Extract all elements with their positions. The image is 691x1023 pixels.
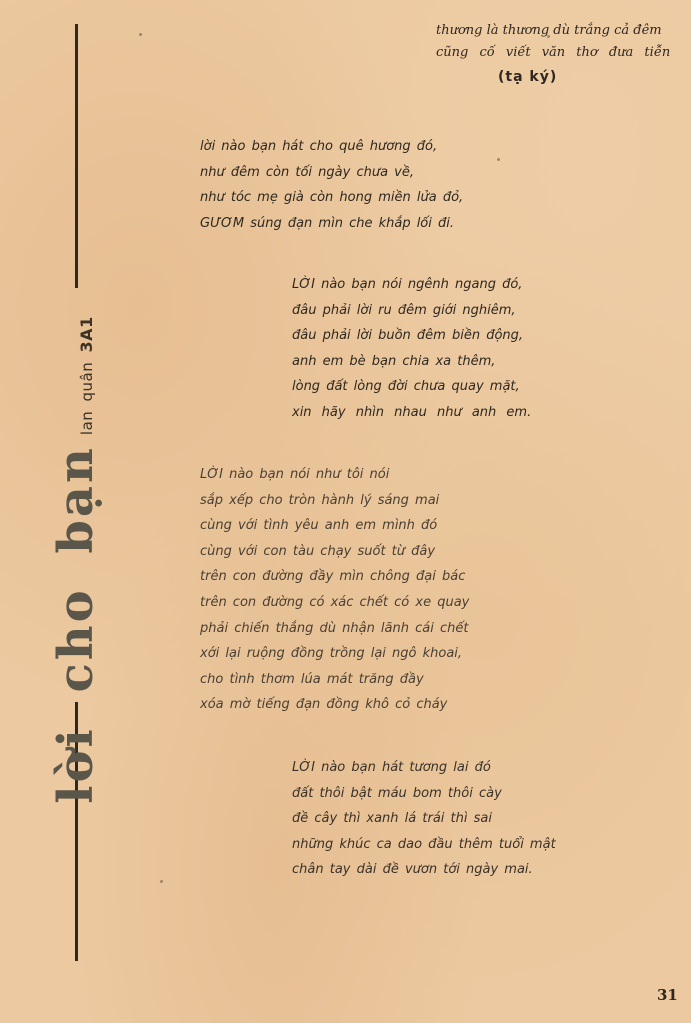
poem-line: cho tình thơm lúa mát trăng đầy xyxy=(200,667,469,693)
paper-speck xyxy=(497,158,500,161)
poem-author: lan quân 3A1 xyxy=(77,316,96,435)
poem-line: như đêm còn tối ngày chưa về, xyxy=(200,160,463,186)
poem-line: đâu phải lời buồn đêm biền động, xyxy=(292,323,531,349)
epigraph-line: thương là thương dù trắng cả đêm xyxy=(436,20,670,42)
poem-line: những khúc ca dao đầu thêm tuổi mật xyxy=(292,832,556,858)
paper-speck xyxy=(139,33,142,36)
poem-line: GƯƠM súng đạn mìn che khắp lối đi. xyxy=(200,211,463,237)
vertical-rule-top xyxy=(75,24,78,288)
poem-title-block: lời cho bạn lan quân 3A1 xyxy=(48,316,104,803)
epigraph: thương là thương dù trắng cả đêm cũng cố… xyxy=(436,20,670,88)
stanza-2: LỜI nào bạn nói ngênh ngang đó, đâu phải… xyxy=(292,272,531,426)
poem-line: sắp xếp cho tròn hành lý sáng mai xyxy=(200,488,469,514)
poem-line: đâu phải lời ru đêm giới nghiêm, xyxy=(292,298,531,324)
poem-line: xóa mờ tiếng đạn đồng khô cỏ cháy xyxy=(200,692,469,718)
stanza-4: LỜI nào bạn hát tương lai đó đất thôi bậ… xyxy=(292,755,556,883)
poem-line: LỜI nào bạn nói như tôi nói xyxy=(200,462,469,488)
poem-line: trên con đường có xác chết có xe quay xyxy=(200,590,469,616)
poem-line: xới lại ruộng đồng trồng lại ngô khoai, xyxy=(200,641,469,667)
poem-line: trên con đường đầy mìn chông đại bác xyxy=(200,564,469,590)
poem-line: chân tay dài đề vươn tới ngày mai. xyxy=(292,857,556,883)
poem-title: lời cho bạn xyxy=(48,445,104,804)
poem-line: anh em bè bạn chia xa thêm, xyxy=(292,349,531,375)
poem-line: xin hãy nhìn nhau như anh em. xyxy=(292,400,531,426)
poem-line: đất thôi bật máu bom thôi cày xyxy=(292,781,556,807)
poem-line: LỜI nào bạn hát tương lai đó xyxy=(292,755,556,781)
poem-line: phải chiến thắng dù nhận lãnh cái chết xyxy=(200,616,469,642)
epigraph-signature: (tạ ký) xyxy=(436,66,670,88)
epigraph-line: cũng cố viết văn thơ đưa tiễn xyxy=(436,42,670,64)
paper-speck xyxy=(547,35,550,38)
paper-speck xyxy=(160,880,163,883)
poem-line: cùng với tình yêu anh em mình đó xyxy=(200,513,469,539)
poem-line: đề cây thì xanh lá trái thì sai xyxy=(292,806,556,832)
stanza-1: lời nào bạn hát cho quê hương đó, như đê… xyxy=(200,134,463,236)
author-code: 3A1 xyxy=(77,316,96,352)
poem-line: LỜI nào bạn nói ngênh ngang đó, xyxy=(292,272,531,298)
poem-line: như tóc mẹ già còn hong miền lửa đỏ, xyxy=(200,185,463,211)
magazine-page: lời cho bạn lan quân 3A1 thương là thươn… xyxy=(0,0,691,1023)
poem-line: lòng đất lòng đời chưa quay mặt, xyxy=(292,374,531,400)
stanza-3: LỜI nào bạn nói như tôi nói sắp xếp cho … xyxy=(200,462,469,718)
poem-line: lời nào bạn hát cho quê hương đó, xyxy=(200,134,463,160)
poem-line: cùng với con tàu chạy suốt từ đây xyxy=(200,539,469,565)
author-name: lan quân xyxy=(78,362,96,435)
page-number: 31 xyxy=(657,986,678,1004)
